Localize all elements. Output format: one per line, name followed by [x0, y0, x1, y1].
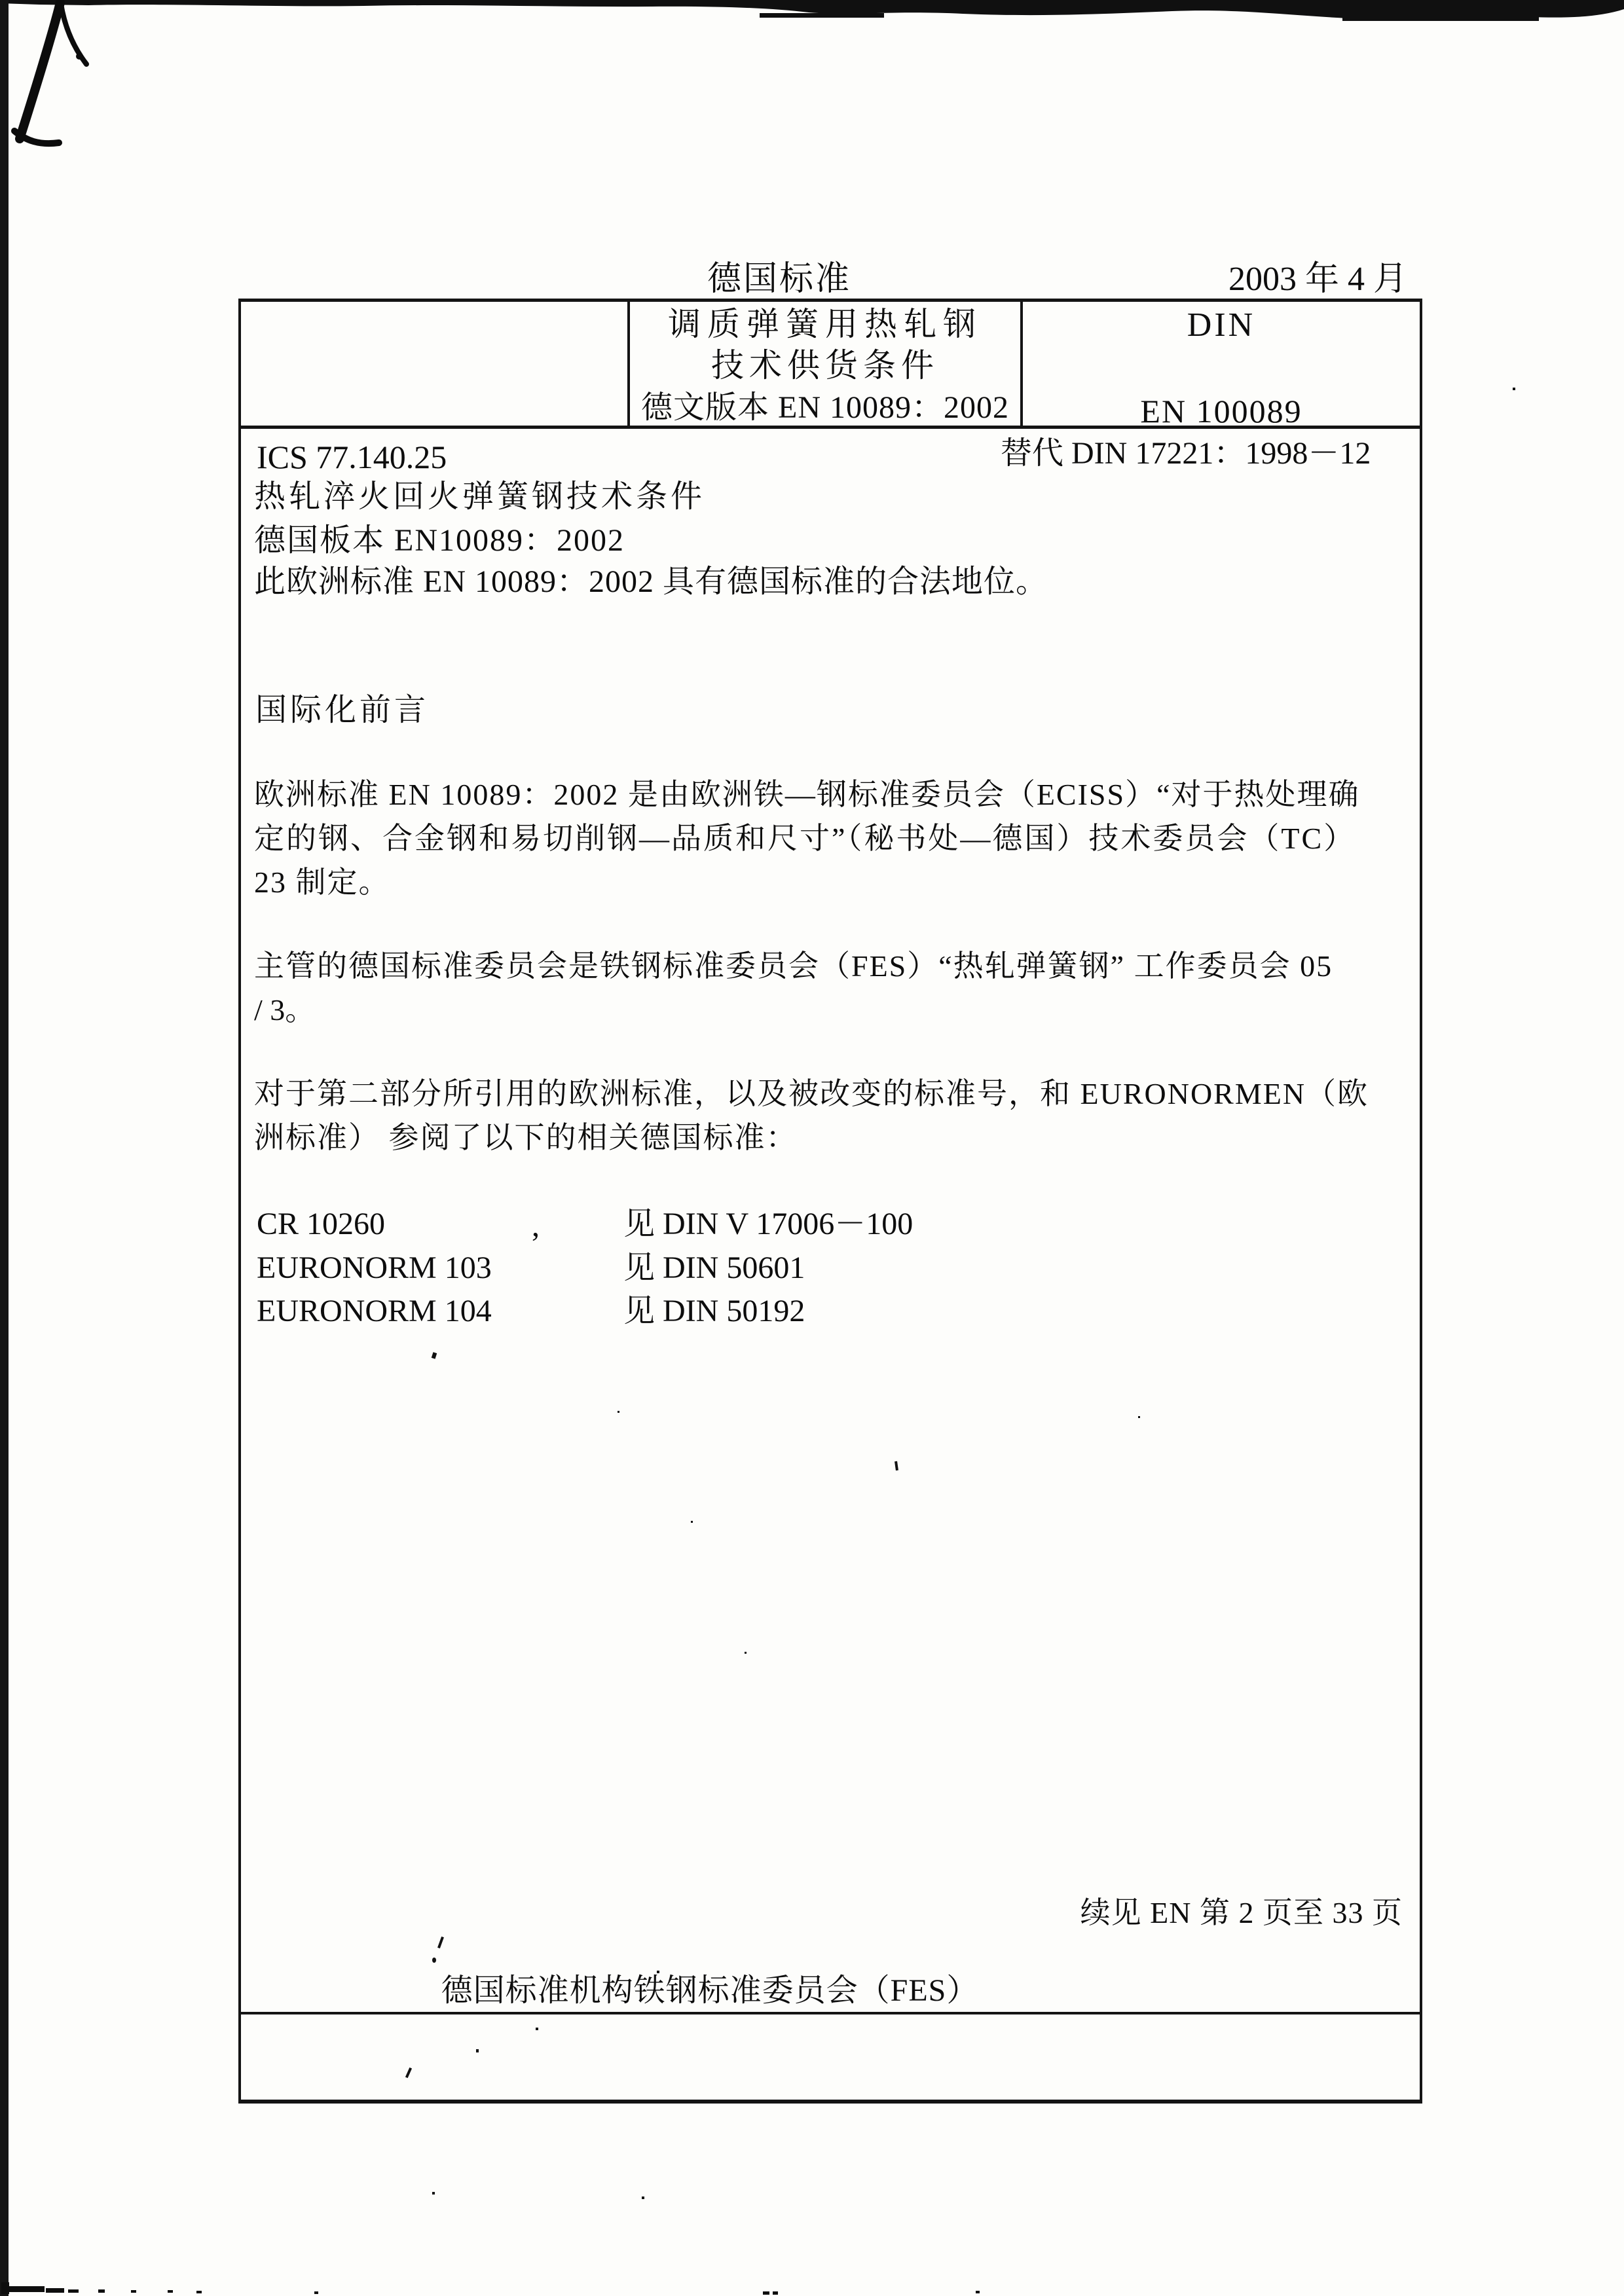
title-org-name: DIN: [1023, 306, 1420, 344]
continuation-note: 续见 EN 第 2 页至 33 页: [1048, 1896, 1403, 1930]
scan-artifact-left-edge: [0, 0, 9, 2296]
reference-see: 见 DIN V 17006－100: [623, 1207, 913, 1242]
scanned-document-page: 德国标准 2003 年 4 月 调质弹簧用热轧钢 技术供货条件 德文版本 EN …: [0, 0, 1624, 2296]
ics-number: ICS 77.140.25: [257, 439, 447, 475]
table-border-bottom: [238, 2100, 1422, 2104]
reference-code: CR 10260: [257, 1207, 385, 1242]
title-subject-line2: 技术供货条件: [627, 347, 1023, 384]
reference-stray-mark: ,: [532, 1209, 540, 1244]
scan-artifact-bottom-edge: [0, 2272, 1048, 2296]
scan-speck: [405, 2068, 412, 2078]
reference-see: 见 DIN 50192: [623, 1294, 805, 1329]
scan-speck: [437, 1937, 444, 1948]
scan-speck: [1513, 388, 1515, 390]
preface-para2-line2: / 3。: [254, 993, 315, 1027]
preface-para1-line2: 定的钢、合金钢和易切削钢—品质和尺寸”（秘书处—德国）技术委员会（TC）: [254, 822, 1356, 856]
page-header-date: 2003 年 4 月: [1228, 261, 1407, 299]
footer-rule: [238, 2012, 1422, 2014]
scan-speck: [691, 1521, 693, 1523]
preface-para3-line2: 洲标准） 参阅了以下的相关德国标准：: [254, 1121, 798, 1155]
preface-heading: 国际化前言: [255, 693, 429, 728]
scan-speck: [618, 1411, 619, 1413]
summary-line-version: 德国板本 EN10089：2002: [254, 523, 625, 558]
scan-speck: [476, 2049, 479, 2052]
title-subject-line3: 德文版本 EN 10089：2002: [627, 390, 1023, 426]
reference-code: EURONORM 104: [257, 1294, 492, 1329]
title-subject-line1: 调质弹簧用热轧钢: [627, 306, 1023, 342]
scan-speck: [1138, 1416, 1140, 1418]
committee-name: 德国标准机构铁钢标准委员会（FES）: [238, 1973, 1181, 2009]
scan-speck: [895, 1461, 898, 1470]
scan-artifact-top-edge: [0, 0, 1624, 26]
title-doc-number: EN 100089: [1023, 393, 1420, 429]
preface-para2-line1: 主管的德国标准委员会是铁钢标准委员会（FES）“热轧弹簧钢” 工作委员会 05: [254, 949, 1333, 983]
table-border-right: [1420, 299, 1422, 2103]
preface-para1-line3: 23 制定。: [254, 866, 390, 900]
scan-speck: [432, 2192, 435, 2195]
page-header-standard-label: 德国标准: [707, 261, 851, 299]
summary-line-title: 热轧淬火回火弹簧钢技术条件: [254, 479, 705, 515]
supersedes-note: 替代 DIN 17221：1998－12: [1001, 436, 1371, 471]
preface-para1-line1: 欧洲标准 EN 10089：2002 是由欧洲铁—钢标准委员会（ECISS）“对…: [254, 778, 1360, 812]
table-border-top: [238, 299, 1422, 302]
scan-speck: [432, 1352, 437, 1358]
reference-code: EURONORM 103: [257, 1250, 492, 1286]
table-border-left: [238, 299, 241, 2103]
scan-speck: [745, 1652, 747, 1654]
scan-artifact-pen-mark: [0, 0, 144, 170]
preface-para3-line1: 对于第二部分所引用的欧洲标准，以及被改变的标准号，和 EURONORMEN（欧: [254, 1077, 1369, 1111]
scan-speck: [536, 2028, 538, 2030]
reference-see: 见 DIN 50601: [623, 1250, 805, 1286]
summary-line-status: 此欧洲标准 EN 10089：2002 具有德国标准的合法地位。: [254, 564, 1048, 600]
scan-speck: [432, 1958, 436, 1963]
scan-speck: [642, 2196, 644, 2199]
